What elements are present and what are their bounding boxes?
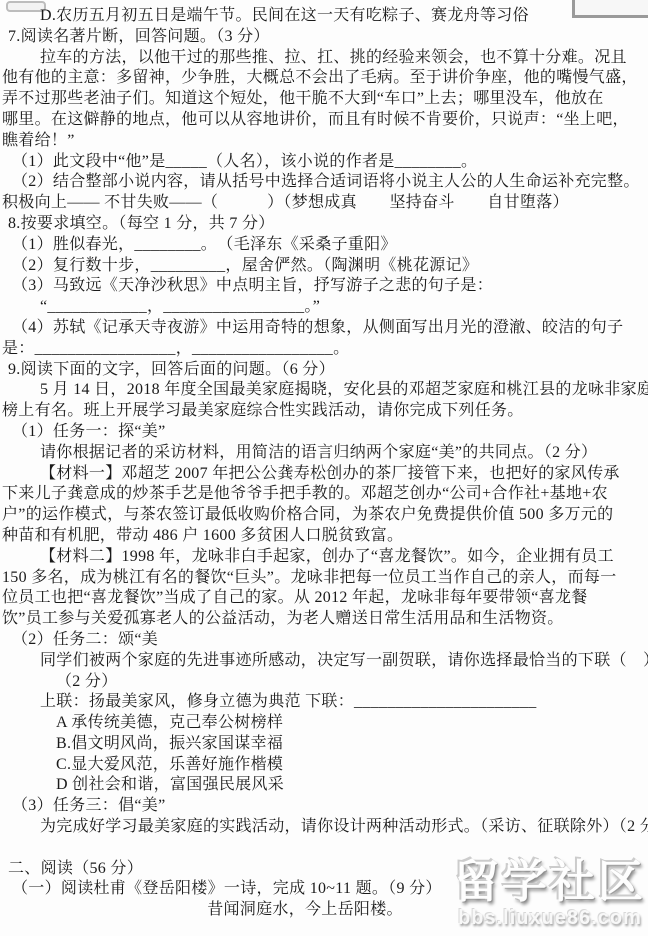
question-7-title: 7.阅读名著片断，回答问题。（3 分） [0, 27, 648, 48]
material-1-line: 【材料一】邓超芝 2007 年把公公龚寿松创办的茶厂接管下来，也把好的家风传承 [0, 464, 648, 485]
option-b-line: B.倡文明风尚，振兴家国谋幸福 [0, 734, 648, 755]
question-9-title: 9.阅读下面的文字，回答后面的问题。（6 分） [0, 360, 648, 381]
material-1-line: 种苗和有机肥，带动 486 户 1600 多贫困人口脱贫致富。 [0, 526, 648, 547]
task-2-heading: （2）任务二：颂“美 [0, 630, 648, 651]
poem-line-1: 昔闻洞庭水，今上岳阳楼。 [0, 900, 648, 921]
q8-item-2: （2）复行数十步，_________，屋舍俨然。（陶渊明《桃花源记》 [0, 256, 648, 277]
q9-intro-line: 5 月 14 日，2018 年度全国最美家庭揭晓，安化县的邓超芝家庭和桃江县的龙… [0, 380, 648, 401]
q8-item-3: （3）马致远《天净沙秋思》中点明主旨，抒写游子之悲的句子是： [0, 276, 648, 297]
material-2-line: 饮”员工参与关爱孤寡老人的公益活动，为老人赠送日常生活用品和生活物资。 [0, 609, 648, 630]
material-1-line: 下来儿子龚意成的炒茶手艺是他爷爷手把手教的。邓超芝创办“公司+合作社+基地+农 [0, 484, 648, 505]
option-d-line: D 创社会和谐，富国强民展风采 [0, 775, 648, 796]
blank-line [0, 838, 648, 859]
task-2-instruction: 同学们被两个家庭的先进事迹所感动，决定写一副贺联，请你选择最恰当的下联（ ） [0, 651, 648, 672]
novel-excerpt-line: 瞧着给！” [0, 131, 648, 152]
novel-excerpt-line: 他有他的主意：多留神，少争胜，大概总不会出了毛病。至于讲价争座，他的嘴慢气盛， [0, 68, 648, 89]
option-c-line: C.显大爱风范，乐善好施作楷模 [0, 755, 648, 776]
material-1-line: 户”的运作模式，与茶农签订最低收购价格合同，为茶农户免费提供价值 500 多万元… [0, 505, 648, 526]
q8-item-1: （1）胜似春光，________。 （毛泽东《采桑子重阳》 [0, 235, 648, 256]
q9-intro-line: 榜上有名。班上开展学习最美家庭综合性实践活动，请你完成下列任务。 [0, 401, 648, 422]
material-2-line: 【材料二】1998 年，龙咏非白手起家，创办了“喜龙餐饮”。如今，企业拥有员工 [0, 547, 648, 568]
material-2-line: 位员工也把“喜龙餐饮”当成了自己的家。从 2012 年起，龙咏非每年要带领“喜龙… [0, 588, 648, 609]
task-3-instruction: 为完成好学习最美家庭的实践活动，请你设计两种活动形式。（采访、征联除外）（2 分… [0, 817, 648, 838]
task-2-score: （2 分） [0, 672, 648, 693]
choice-d-line: D.农历五月初五日是端午节。民间在这一天有吃粽子、赛龙舟等习俗 [0, 6, 648, 27]
novel-excerpt-line: 弄不过那些老油子们。知道这个短处，他干脆不大到“车口”上去；哪里没车，他放在 [0, 89, 648, 110]
q8-item-3-blanks: “____________，_________________。” [0, 297, 648, 318]
section-2-heading: 二、阅读（56 分） [0, 859, 648, 880]
reading-1-heading: （一）阅读杜甫《登岳阳楼》一诗，完成 10~11 题。（9 分） [0, 879, 648, 900]
material-2-line: 150 多名，成为桃江有名的餐饮“巨头”。龙咏非把每一位员工当作自己的亲人，而每… [0, 568, 648, 589]
q7-sub2-word-options: 积极向上—— 不甘失败——（ ）（梦想成真 坚持奋斗 自甘堕落） [0, 193, 648, 214]
novel-excerpt-line: 哪里。在这僻静的地点，他可以从容地讲价，而且有时候不肯要价，只说声：“坐上吧， [0, 110, 648, 131]
q8-item-4-blanks: 是：_________________，_________________。 [0, 339, 648, 360]
task-1-heading: （1）任务一：探“美” [0, 422, 648, 443]
novel-excerpt-line: 拉车的方法，以他干过的那些推、拉、扛、挑的经验来领会，也不算十分难。况且 [0, 48, 648, 69]
couplet-line: 上联：扬最美家风，修身立德为典范 下联：____________________… [0, 692, 648, 713]
question-8-title: 8.按要求填空。（每空 1 分，共 7 分） [0, 214, 648, 235]
option-a-line: A 承传统美德，克己奉公树榜样 [0, 713, 648, 734]
task-3-heading: （3）任务三：倡“美” [0, 796, 648, 817]
q8-item-4: （4）苏轼《记承天寺夜游》中运用奇特的想象，从侧面写出月光的澄澈、皎洁的句子 [0, 318, 648, 339]
task-1-instruction: 请你根据记者的采访材料，用简洁的语言归纳两个家庭“美”的共同点。（2 分） [0, 443, 648, 464]
q7-sub2-instruction: （2）结合整部小说内容，请从括号中选择合适词语将小说主人公的人生命运补充完整。 [0, 172, 648, 193]
q7-sub1-fill-blank: （1）此文段中“他”是_____（人名），该小说的作者是________。 [0, 152, 648, 173]
exam-body: D.农历五月初五日是端午节。民间在这一天有吃粽子、赛龙舟等习俗 7.阅读名著片断… [0, 6, 648, 921]
exam-paper-page: D.农历五月初五日是端午节。民间在这一天有吃粽子、赛龙舟等习俗 7.阅读名著片断… [0, 0, 648, 936]
